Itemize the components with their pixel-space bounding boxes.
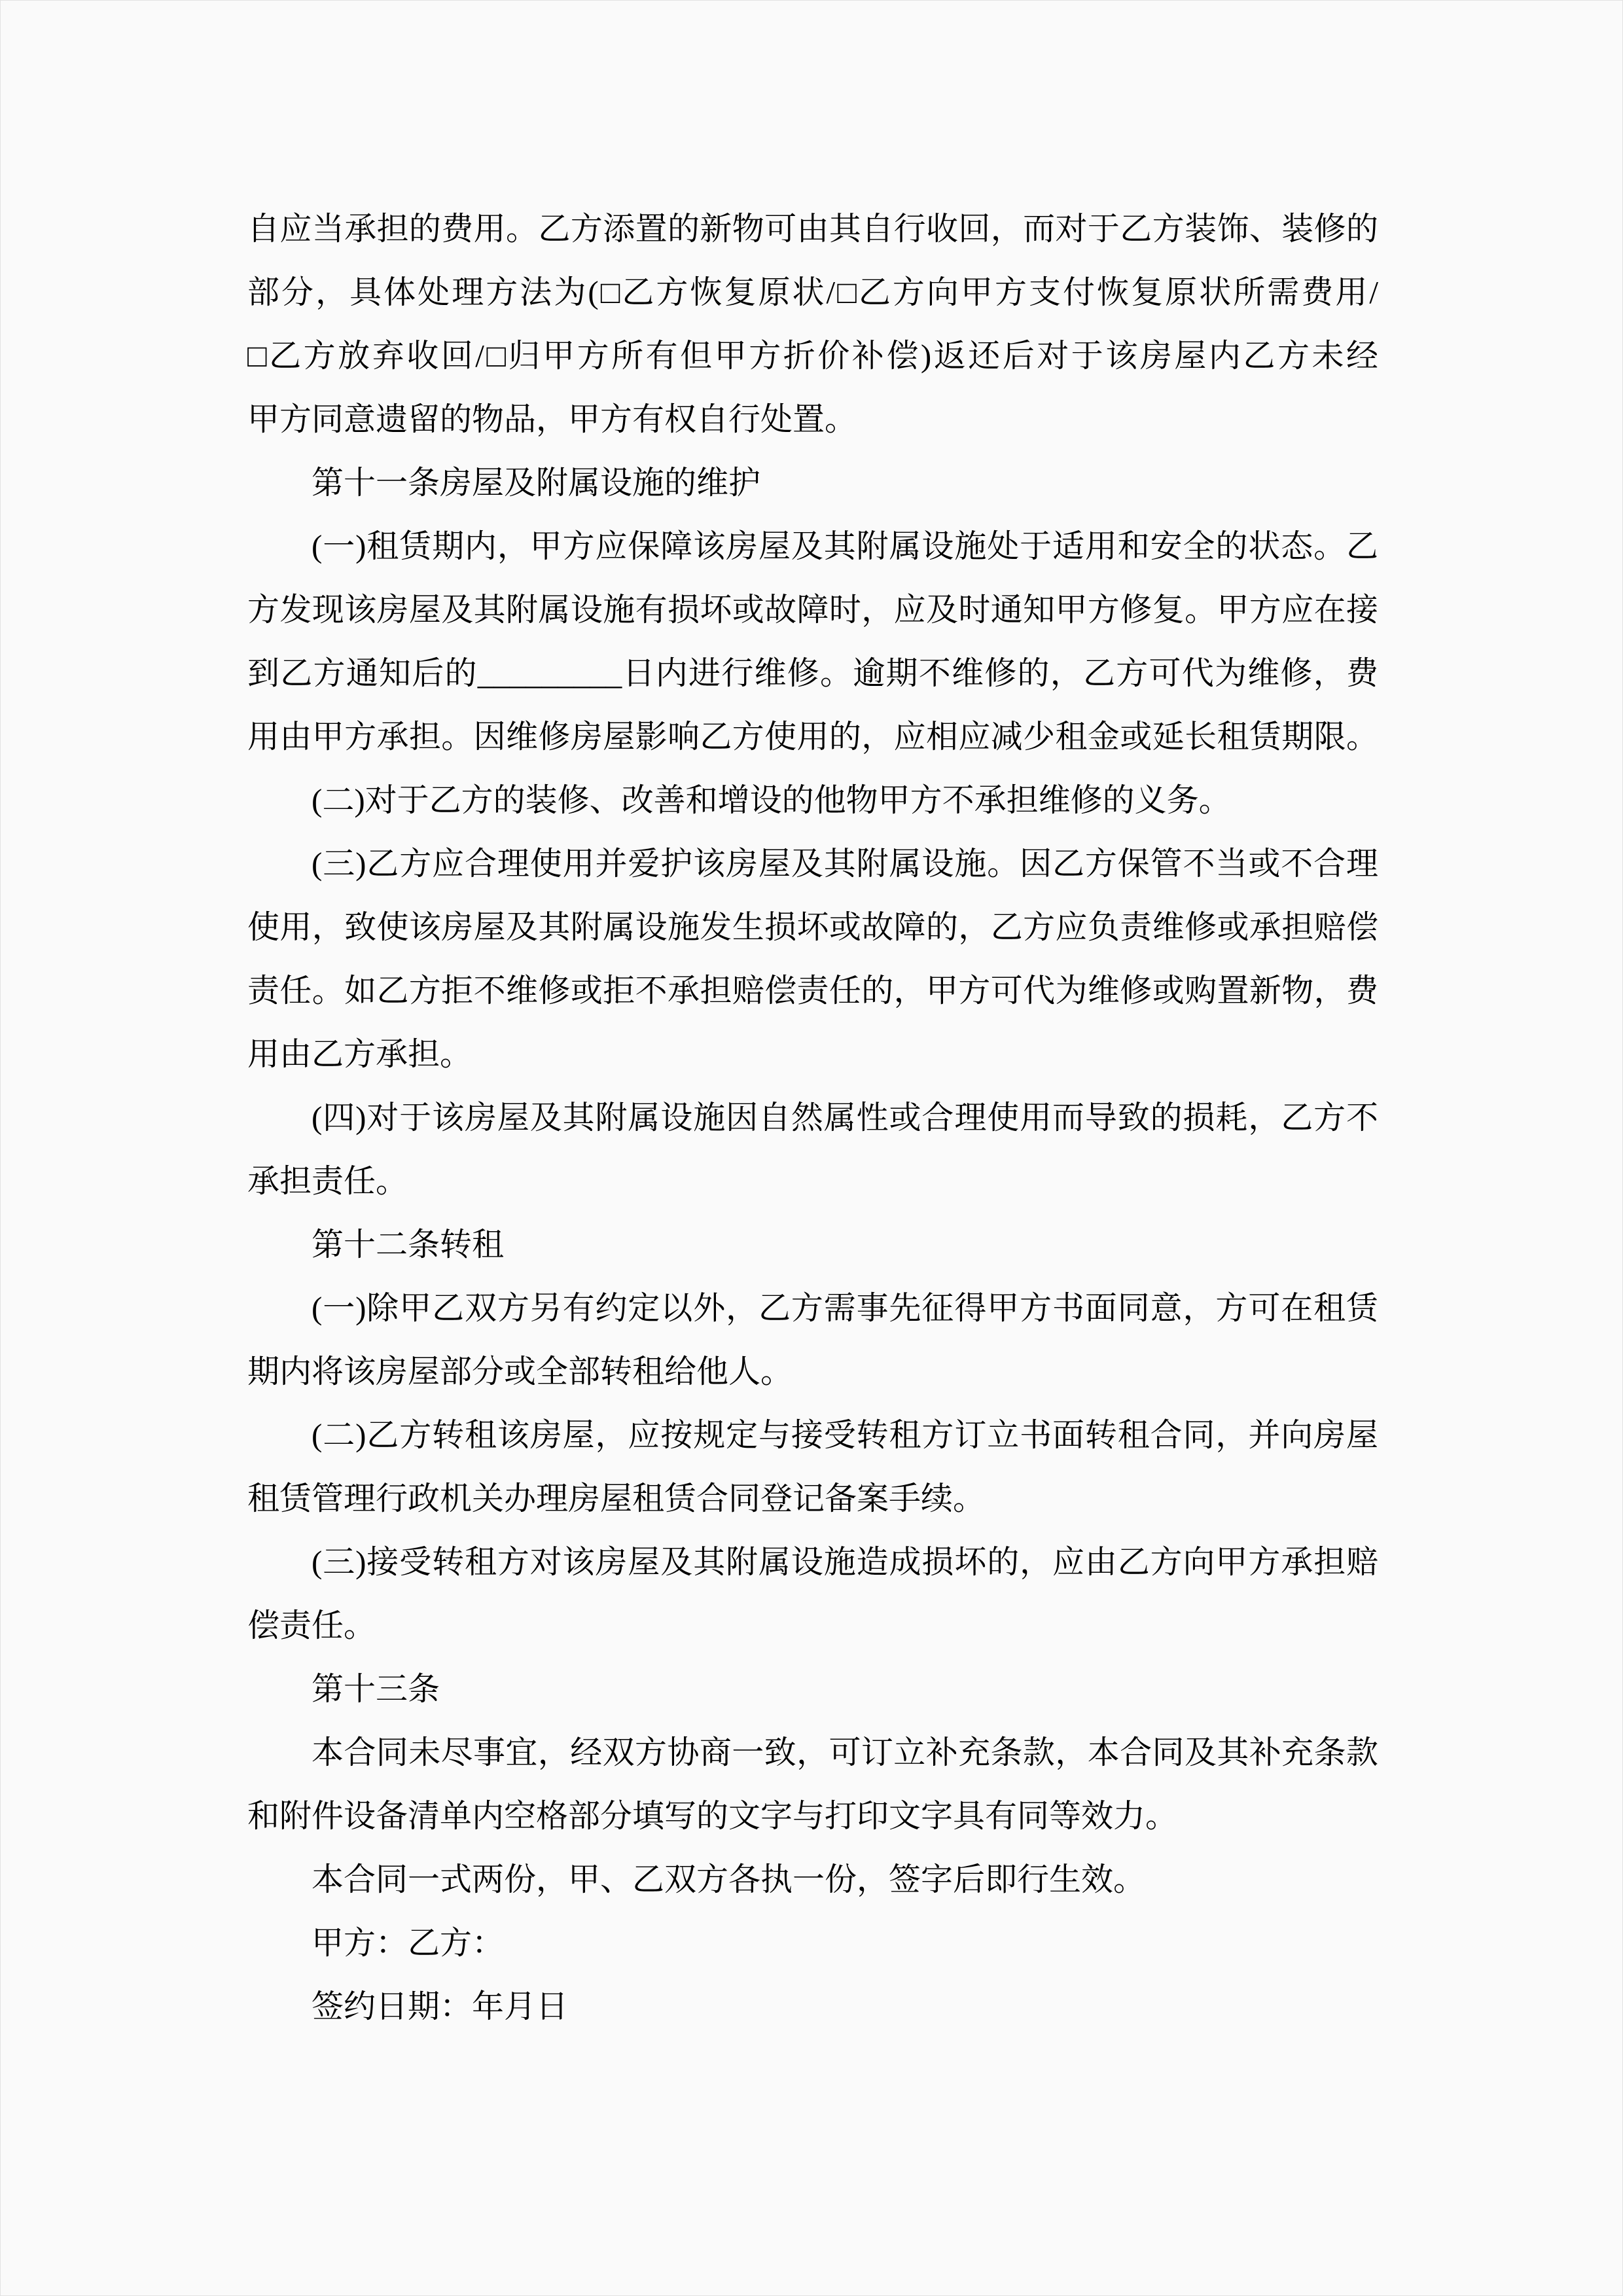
text-line: 用由甲方承担。因维修房屋影响乙方使用的，应相应减少租金或延长租赁期限。 bbox=[247, 705, 1378, 768]
text-line: 用由乙方承担。 bbox=[247, 1022, 1378, 1086]
text-line: (一)租赁期内，甲方应保障该房屋及其附属设施处于适用和安全的状态。乙 bbox=[247, 514, 1378, 578]
text-line: (三)接受转租方对该房屋及其附属设施造成损坏的，应由乙方向甲方承担赔 bbox=[247, 1530, 1378, 1594]
text-line: 签约日期：年月日 bbox=[247, 1975, 1378, 2038]
text-line: 第十二条转租 bbox=[247, 1213, 1378, 1276]
text-line: (二)对于乙方的装修、改善和增设的他物甲方不承担维修的义务。 bbox=[247, 768, 1378, 832]
text-line: 承担责任。 bbox=[247, 1149, 1378, 1213]
text-line: 第十一条房屋及附属设施的维护 bbox=[247, 451, 1378, 514]
text-line: (二)乙方转租该房屋，应按规定与接受转租方订立书面转租合同，并向房屋 bbox=[247, 1403, 1378, 1467]
text-line: 自应当承担的费用。乙方添置的新物可由其自行收回，而对于乙方装饰、装修的 bbox=[247, 197, 1378, 260]
text-line: 本合同一式两份，甲、乙双方各执一份，签字后即行生效。 bbox=[247, 1848, 1378, 1911]
text-line: (三)乙方应合理使用并爱护该房屋及其附属设施。因乙方保管不当或不合理 bbox=[247, 832, 1378, 895]
text-line: □乙方放弃收回/□归甲方所有但甲方折价补偿)返还后对于该房屋内乙方未经 bbox=[247, 324, 1378, 387]
text-line: 甲方同意遗留的物品，甲方有权自行处置。 bbox=[247, 387, 1378, 451]
text-line: 部分，具体处理方法为(□乙方恢复原状/□乙方向甲方支付恢复原状所需费用/ bbox=[247, 260, 1378, 324]
document-page: 自应当承担的费用。乙方添置的新物可由其自行收回，而对于乙方装饰、装修的部分，具体… bbox=[0, 0, 1623, 2296]
text-line: 方发现该房屋及其附属设施有损坏或故障时，应及时通知甲方修复。甲方应在接 bbox=[247, 578, 1378, 641]
text-line: 偿责任。 bbox=[247, 1594, 1378, 1657]
text-line: 期内将该房屋部分或全部转租给他人。 bbox=[247, 1340, 1378, 1403]
text-line: 责任。如乙方拒不维修或拒不承担赔偿责任的，甲方可代为维修或购置新物，费 bbox=[247, 959, 1378, 1022]
text-line: 第十三条 bbox=[247, 1657, 1378, 1721]
text-line: 租赁管理行政机关办理房屋租赁合同登记备案手续。 bbox=[247, 1467, 1378, 1530]
text-line: (四)对于该房屋及其附属设施因自然属性或合理使用而导致的损耗，乙方不 bbox=[247, 1086, 1378, 1149]
text-line: 和附件设备清单内空格部分填写的文字与打印文字具有同等效力。 bbox=[247, 1784, 1378, 1848]
text-line: 甲方：乙方： bbox=[247, 1911, 1378, 1975]
text-line: 到乙方通知后的_________日内进行维修。逾期不维修的，乙方可代为维修，费 bbox=[247, 641, 1378, 705]
document-body: 自应当承担的费用。乙方添置的新物可由其自行收回，而对于乙方装饰、装修的部分，具体… bbox=[247, 197, 1378, 2038]
text-line: 本合同未尽事宜，经双方协商一致，可订立补充条款，本合同及其补充条款 bbox=[247, 1721, 1378, 1784]
text-line: 使用，致使该房屋及其附属设施发生损坏或故障的，乙方应负责维修或承担赔偿 bbox=[247, 895, 1378, 959]
text-line: (一)除甲乙双方另有约定以外，乙方需事先征得甲方书面同意，方可在租赁 bbox=[247, 1276, 1378, 1340]
